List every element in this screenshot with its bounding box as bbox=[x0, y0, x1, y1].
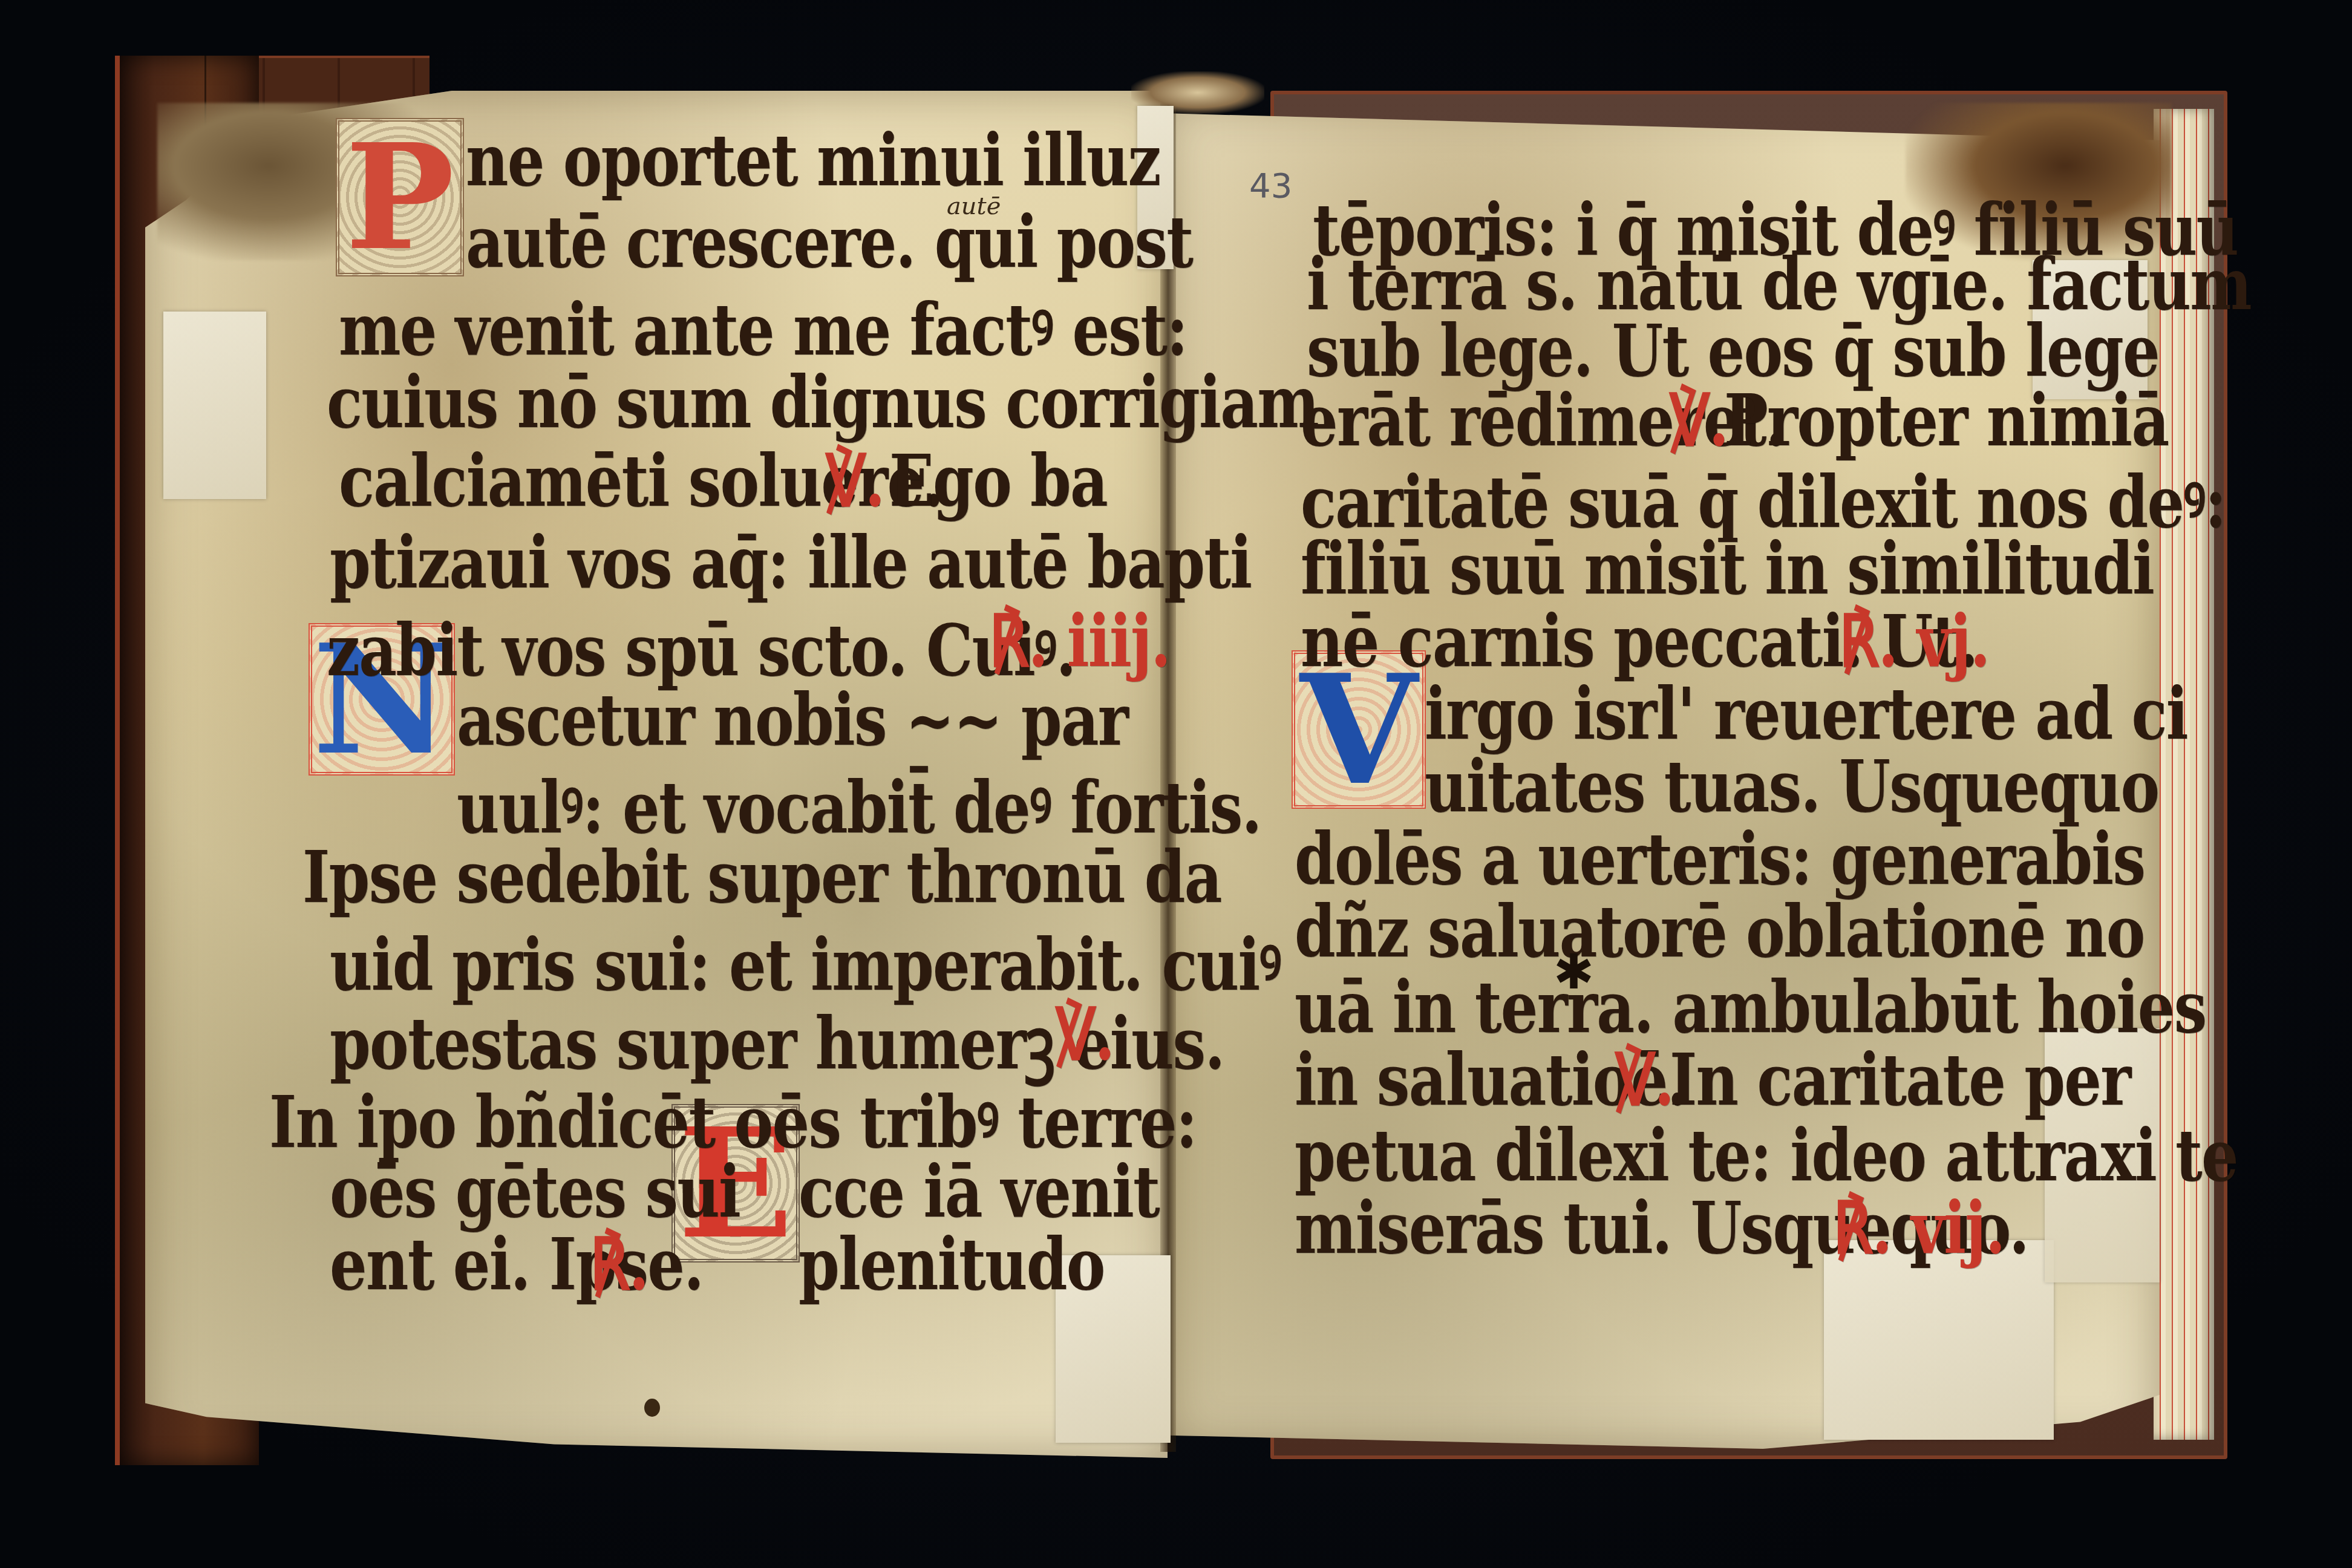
paper-repair-patch bbox=[1824, 1240, 2054, 1440]
text-line: Ipse sedebit super thronū da bbox=[302, 835, 1221, 919]
rubric-versicle: ℣. bbox=[1615, 1037, 1674, 1122]
illuminated-initial-p: P bbox=[336, 118, 464, 276]
paper-repair-patch bbox=[163, 312, 266, 499]
text-line: ne oportet minui illuz bbox=[466, 118, 1160, 202]
text-line: Propter nimiā bbox=[1724, 378, 2168, 462]
text-line: dñz saluatorē oblationē no bbox=[1295, 889, 2145, 973]
text-line: autē crescere. qui post bbox=[466, 200, 1192, 284]
text-line: petua dilexi te: ideo attraxi te bbox=[1295, 1113, 2238, 1197]
text-line: uā in terra. ambulabūt hoies bbox=[1295, 965, 2206, 1049]
text-line: dolēs a uerteris: generabis bbox=[1295, 817, 2145, 901]
rubric-versicle: ℣. bbox=[826, 439, 884, 523]
rubric-responsory: ℟. bbox=[590, 1222, 648, 1306]
text-line: In caritate per bbox=[1670, 1037, 2131, 1122]
text-line: irgo isrl' reuertere ad ci bbox=[1425, 671, 2187, 756]
text-line: cce iā venit bbox=[799, 1149, 1159, 1233]
rubric-responsory: ℟. iiij. bbox=[989, 599, 1170, 683]
manuscript-photo: P N E V autē ne oportet minui illuz autē… bbox=[0, 0, 2352, 1568]
text-line: cuius nō sum dignus corrigiam bbox=[327, 360, 1318, 444]
pencil-folio-note: 43 bbox=[1249, 166, 1292, 206]
worm-hole bbox=[644, 1399, 660, 1417]
text-line: filiū suū misit in similitudi bbox=[1301, 526, 2154, 610]
text-line: ascetur nobis ~~ par bbox=[457, 678, 1128, 762]
rubric-responsory: ℟. vij. bbox=[1833, 1186, 2005, 1270]
text-line: uitates tuas. Usquequo bbox=[1425, 744, 2158, 828]
text-line: ptizaui vos aq̄: ille autē bapti bbox=[330, 520, 1251, 604]
text-line: Ego ba bbox=[889, 439, 1107, 523]
text-line: plenitudo bbox=[799, 1222, 1105, 1306]
rubric-versicle: ℣. bbox=[1670, 378, 1728, 462]
text-line: oēs gētes sui bbox=[330, 1149, 740, 1233]
rubric-responsory: ℟. vj. bbox=[1839, 599, 1990, 683]
rubric-versicle: ℣. bbox=[1056, 992, 1114, 1076]
